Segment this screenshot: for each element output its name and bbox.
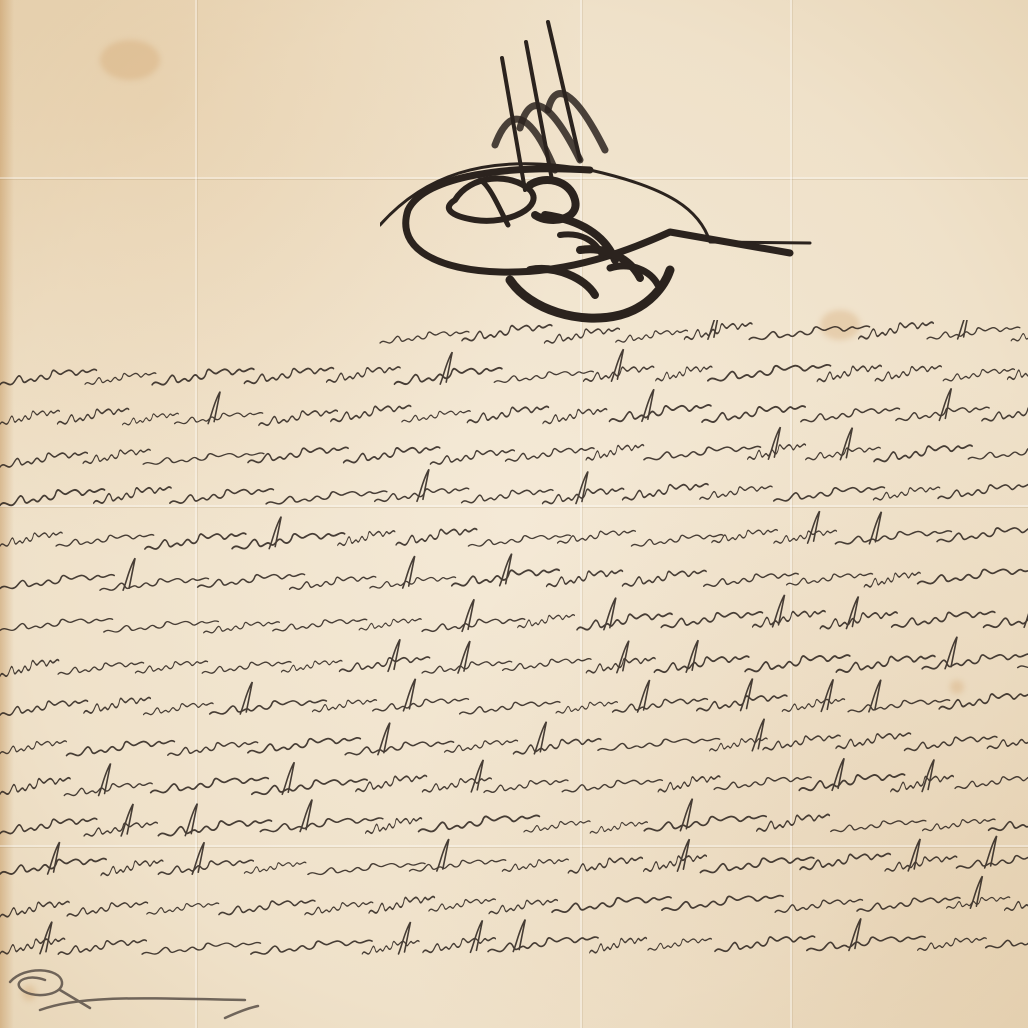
script-line <box>0 636 1028 677</box>
decree-body <box>0 320 1028 1028</box>
script-line <box>0 799 1028 836</box>
script-line <box>0 836 1028 875</box>
script-line <box>0 918 1028 954</box>
script-line <box>0 388 1028 425</box>
script-line <box>0 679 1028 716</box>
flourish-icon <box>0 960 260 1020</box>
handwritten-text-lines <box>0 320 1028 1028</box>
script-line <box>0 554 1028 590</box>
script-line <box>0 595 1028 633</box>
tughra-icon <box>380 10 820 350</box>
closing-flourish: Date / place formula and flourish (lower… <box>0 960 260 1020</box>
script-line <box>0 347 1028 384</box>
script-line <box>0 427 1028 467</box>
script-line <box>380 320 1028 343</box>
document-page: Ottoman imperial decree (ferman / berat)… <box>0 0 1028 1028</box>
paper-stain <box>100 40 160 80</box>
script-line <box>0 469 1028 505</box>
script-line <box>0 511 1028 549</box>
script-line <box>0 876 1028 917</box>
tughra-monogram: Tughra (imperial monogram) <box>380 10 820 350</box>
script-line <box>0 758 1028 795</box>
script-line <box>0 719 1028 756</box>
